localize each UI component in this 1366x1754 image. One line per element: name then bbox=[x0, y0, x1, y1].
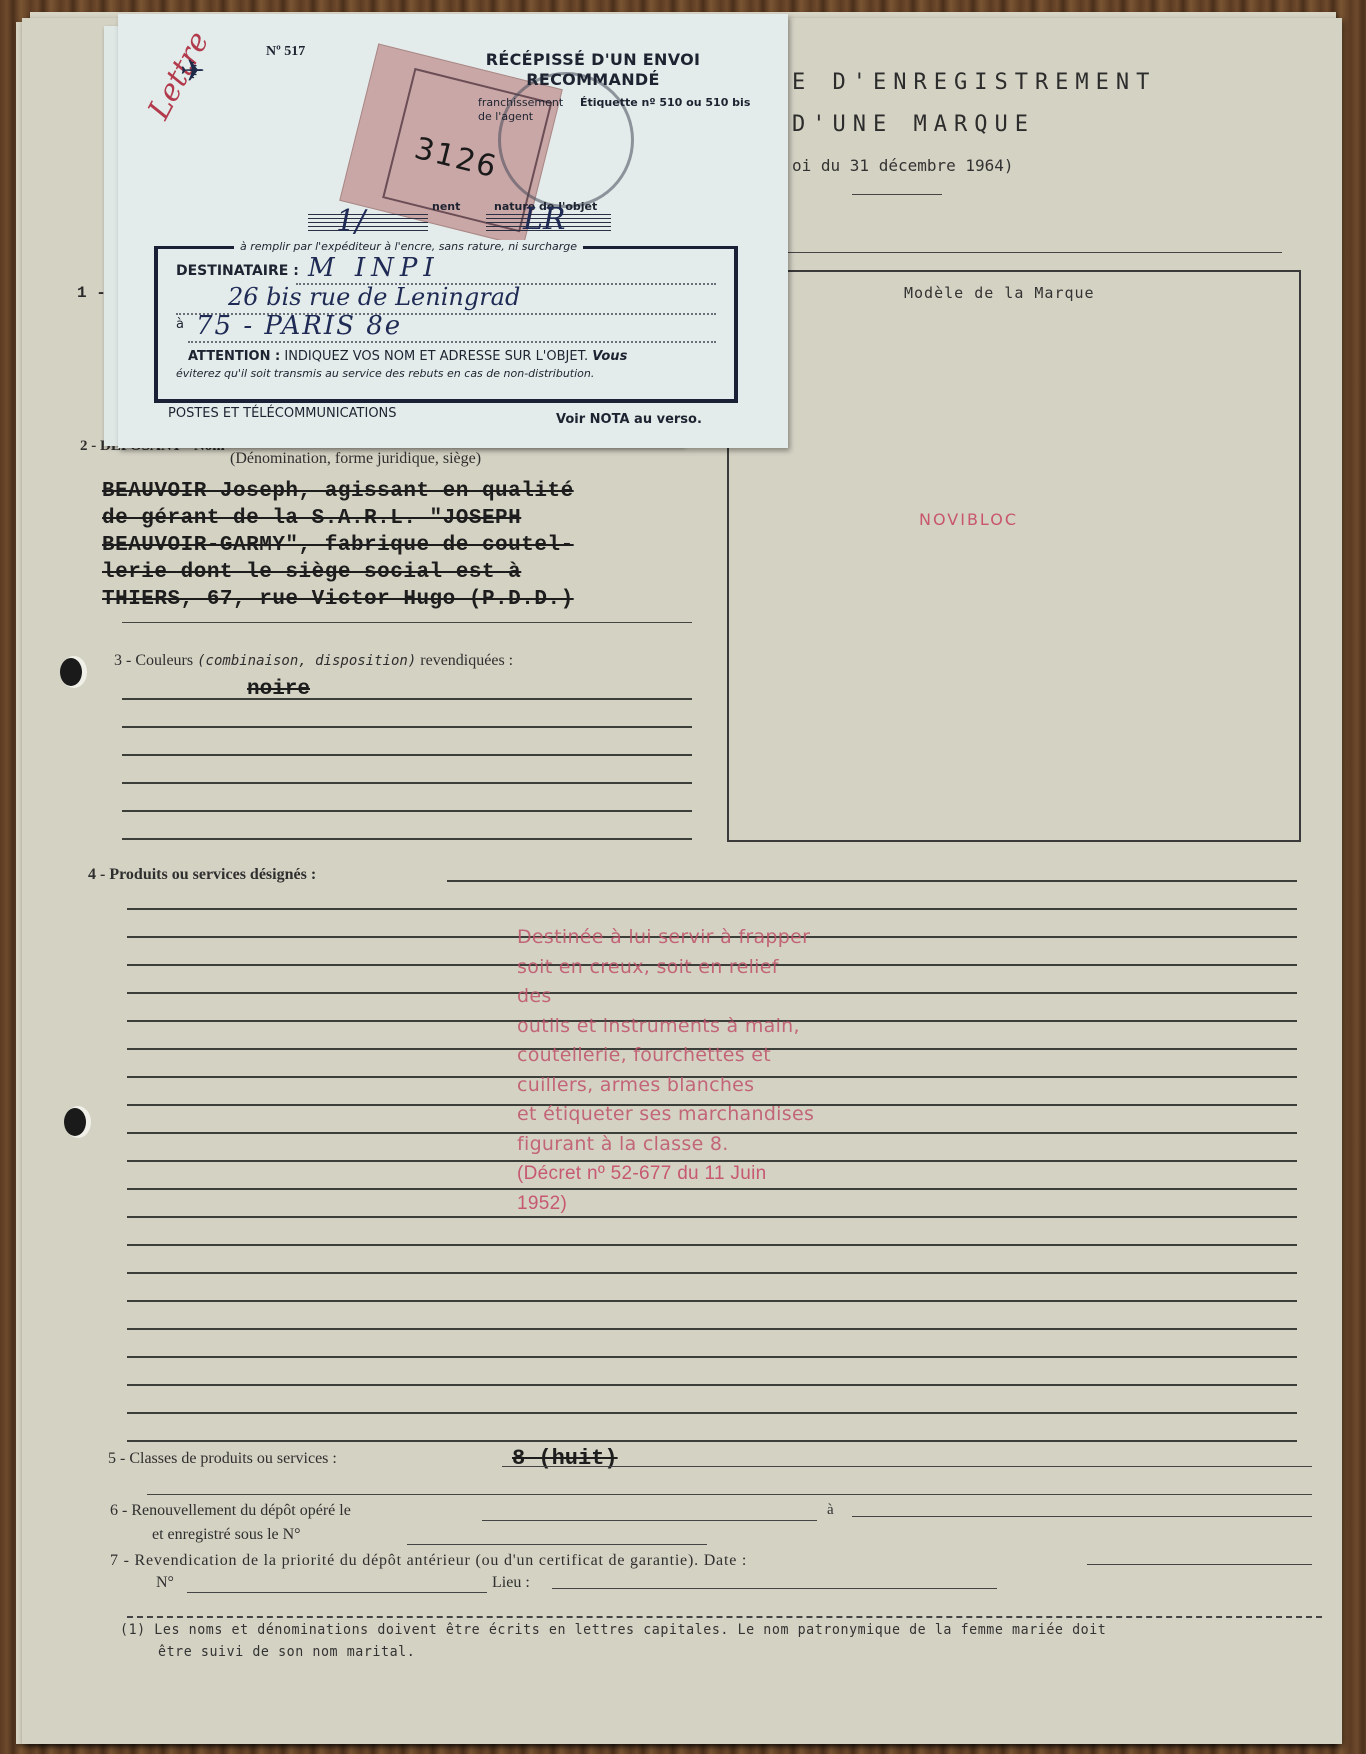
section-5-label: 5 - Classes de produits ou services : bbox=[108, 1450, 337, 1468]
destinataire-label: DESTINATAIRE : bbox=[176, 263, 299, 279]
color-line bbox=[122, 782, 692, 784]
stamp-line: cuillers, armes blanches bbox=[517, 1071, 817, 1101]
footnote-line1: (1) Les noms et dénominations doivent êt… bbox=[120, 1622, 1106, 1638]
color-line bbox=[122, 726, 692, 728]
color-line bbox=[122, 698, 692, 700]
nature-value: LR bbox=[523, 202, 566, 237]
products-line bbox=[127, 1300, 1297, 1302]
products-line bbox=[127, 1272, 1297, 1274]
class-line bbox=[502, 1466, 1312, 1467]
stamp-line: outils et instruments à main, bbox=[517, 1012, 817, 1042]
section-1-number: 1 - bbox=[77, 284, 106, 302]
stamp-line: coutellerie, fourchettes et bbox=[517, 1041, 817, 1071]
recipient-box: DESTINATAIRE : M INPI 26 bis rue de Leni… bbox=[154, 246, 738, 403]
color-line bbox=[122, 810, 692, 812]
mark-name: NOVIBLOC bbox=[919, 510, 1018, 529]
products-line bbox=[127, 1384, 1297, 1386]
stamp-line: figurant à la classe 8. bbox=[517, 1130, 817, 1160]
priority-date-field[interactable] bbox=[1087, 1564, 1312, 1565]
receipt-title-line1: RÉCÉPISSÉ D'UN ENVOI bbox=[428, 50, 758, 70]
amount-hatch bbox=[308, 214, 428, 234]
products-line bbox=[127, 1412, 1297, 1414]
punch-hole bbox=[60, 658, 82, 686]
city-value[interactable]: 75 - PARIS 8e bbox=[196, 311, 402, 341]
stamp-line: et étiqueter ses marchandises bbox=[517, 1100, 817, 1130]
label-note: Étiquette nº 510 ou 510 bis bbox=[580, 96, 750, 109]
products-line bbox=[127, 1328, 1297, 1330]
section-7-label: 7 - Revendication de la priorité du dépô… bbox=[110, 1552, 747, 1570]
marque-model-label: Modèle de la Marque bbox=[904, 284, 1095, 302]
depositor-text: BEAUVOIR Joseph, agissant en qualité de … bbox=[102, 478, 574, 613]
city-prefix: à bbox=[176, 317, 184, 332]
section-3-tail: revendiquées : bbox=[420, 652, 513, 669]
title-underline bbox=[852, 194, 942, 195]
attention-bold: ATTENTION : bbox=[188, 349, 280, 364]
postal-logo-icon: ✈ bbox=[180, 54, 205, 89]
attention-italic: Vous bbox=[592, 349, 627, 364]
receipt-footer-left: POSTES ET TÉLÉCOMMUNICATIONS bbox=[168, 406, 397, 421]
punch-hole bbox=[64, 1108, 86, 1136]
products-line bbox=[127, 1440, 1297, 1442]
form-title-line1: E D'ENREGISTREMENT bbox=[792, 70, 1156, 95]
agent-label: de l'agent bbox=[478, 110, 533, 123]
amount-value: 1/ bbox=[336, 204, 365, 239]
section-6-label: 6 - Renouvellement du dépôt opéré le bbox=[110, 1502, 351, 1520]
section-2-rule bbox=[122, 622, 692, 623]
dotted-line bbox=[188, 341, 716, 343]
section-3-title: 3 - Couleurs bbox=[114, 652, 193, 669]
postmark bbox=[498, 72, 634, 208]
section-4-label: 4 - Produits ou services désignés : bbox=[88, 866, 316, 884]
destinataire-value[interactable]: M INPI bbox=[308, 253, 440, 283]
section-3-italic: (combinaison, disposition) bbox=[197, 653, 416, 669]
depositor-line: BEAUVOIR Joseph, agissant en qualité bbox=[102, 478, 574, 505]
handwritten-note: Lettre bbox=[141, 26, 216, 125]
stamp-line: Destinée à lui servir à frapper bbox=[517, 923, 817, 953]
franking-label: franchissement bbox=[478, 96, 563, 109]
depositor-line: THIERS, 67, rue Victor Hugo (P.D.D.) bbox=[102, 586, 574, 613]
receipt-title-line2: RECOMMANDÉ bbox=[428, 70, 758, 90]
receipt-instruction: à remplir par l'expéditeur à l'encre, sa… bbox=[234, 240, 583, 253]
renewal-place-field[interactable] bbox=[852, 1516, 1312, 1517]
products-line bbox=[127, 908, 1297, 910]
depositor-line: BEAUVOIR-GARMY", fabrique de coutel- bbox=[102, 532, 574, 559]
section-6-label2: et enregistré sous le N° bbox=[152, 1526, 301, 1544]
class-value: 8 (huit) bbox=[512, 1446, 618, 1471]
depositor-line: de gérant de la S.A.R.L. "JOSEPH bbox=[102, 505, 574, 532]
products-stamp: Destinée à lui servir à frapper soit en … bbox=[517, 923, 817, 1218]
renewal-date-field[interactable] bbox=[482, 1520, 817, 1521]
marque-model-box: Modèle de la Marque NOVIBLOC bbox=[727, 270, 1301, 842]
depositor-line: lerie dont le siège social est à bbox=[102, 559, 574, 586]
attention-italic-line: éviterez qu'il soit transmis au service … bbox=[176, 367, 594, 380]
nature-left-label: nent bbox=[432, 200, 460, 213]
receipt-title: RÉCÉPISSÉ D'UN ENVOI RECOMMANDÉ bbox=[428, 50, 758, 90]
section-6-at: à bbox=[827, 1502, 834, 1519]
receipt-footer-right: Voir NOTA au verso. bbox=[556, 412, 702, 427]
attention-notice: ATTENTION : INDIQUEZ VOS NOM ET ADRESSE … bbox=[188, 349, 627, 364]
footnote-separator bbox=[127, 1616, 1322, 1618]
section-7-no-label: N° bbox=[156, 1574, 174, 1592]
priority-place-field[interactable] bbox=[552, 1588, 997, 1589]
attention-text: INDIQUEZ VOS NOM ET ADRESSE SUR L'OBJET. bbox=[284, 349, 588, 364]
class-line bbox=[147, 1494, 1312, 1495]
address-value[interactable]: 26 bis rue de Leningrad bbox=[228, 283, 520, 311]
receipt-number: Nº 517 bbox=[266, 44, 305, 60]
stamp-line: soit en creux, soit en relief des bbox=[517, 953, 817, 1012]
color-line bbox=[122, 838, 692, 840]
registration-number-field[interactable] bbox=[407, 1544, 707, 1545]
section-3-label: 3 - Couleurs (combinaison, disposition) … bbox=[114, 652, 513, 670]
registered-mail-receipt: Lettre ✈ Nº 517 3126 RÉCÉPISSÉ D'UN ENVO… bbox=[118, 14, 788, 448]
form-subtitle: oi du 31 décembre 1964) bbox=[792, 156, 1014, 175]
color-line bbox=[122, 754, 692, 756]
section-2-sublabel: (Dénomination, forme juridique, siège) bbox=[230, 450, 481, 468]
footnote-line2: être suivi de son nom marital. bbox=[158, 1644, 415, 1660]
products-line bbox=[127, 1244, 1297, 1246]
section-7-lieu-label: Lieu : bbox=[492, 1574, 530, 1592]
products-line bbox=[447, 880, 1297, 882]
products-line bbox=[127, 1356, 1297, 1358]
registered-label-number: 3126 bbox=[411, 131, 501, 185]
stamp-decree: (Décret nº 52-677 du 11 Juin 1952) bbox=[517, 1159, 817, 1218]
form-title-line2: D'UNE MARQUE bbox=[792, 112, 1035, 137]
priority-number-field[interactable] bbox=[187, 1592, 487, 1593]
